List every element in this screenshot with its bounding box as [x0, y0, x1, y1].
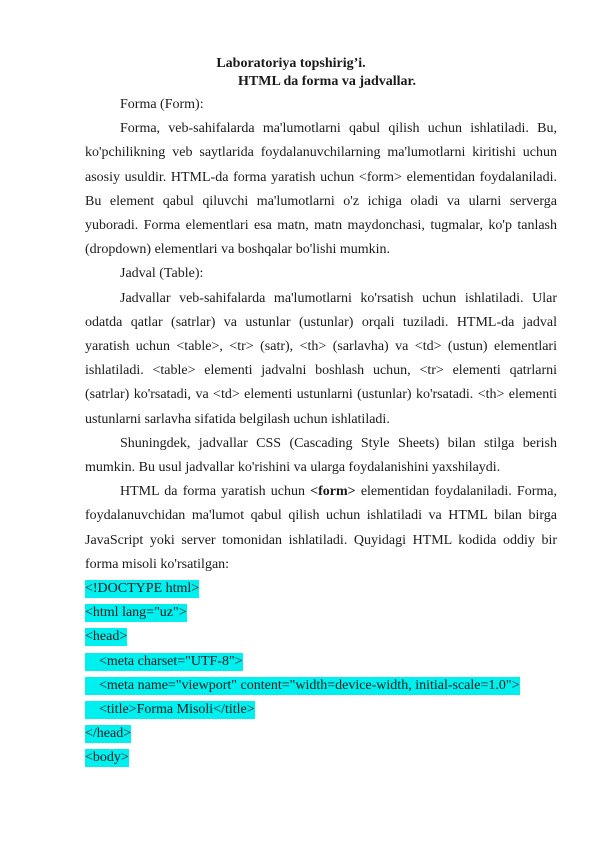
- section-heading-table: Jadval (Table):: [85, 262, 557, 286]
- code-line: <head>: [85, 625, 557, 649]
- document-title: Laboratoriya topshirig’i.: [85, 55, 557, 73]
- document-subtitle: HTML da forma va jadvallar.: [85, 73, 557, 91]
- code-line: <meta charset="UTF-8">: [85, 650, 557, 674]
- code-line: <html lang="uz">: [85, 601, 557, 625]
- code-example: <!DOCTYPE html> <html lang="uz"> <head> …: [85, 577, 557, 771]
- paragraph-form-description: Forma, veb-sahifalarda ma'lumotlarni qab…: [85, 117, 557, 262]
- document-body: Forma (Form): Forma, veb-sahifalarda ma'…: [85, 93, 557, 771]
- section-heading-form: Forma (Form):: [85, 93, 557, 117]
- code-line: </head>: [85, 722, 557, 746]
- paragraph-form-example-intro: HTML da forma yaratish uchun <form> elem…: [85, 480, 557, 577]
- form-tag-bold: <form>: [310, 484, 356, 499]
- code-line: <body>: [85, 746, 557, 770]
- paragraph-table-description: Jadvallar veb-sahifalarda ma'lumotlarni …: [85, 287, 557, 432]
- code-line: <meta name="viewport" content="width=dev…: [85, 674, 557, 698]
- form-intro-text: HTML da forma yaratish uchun: [120, 484, 310, 499]
- code-line: <title>Forma Misoli</title>: [85, 698, 557, 722]
- document-page: Laboratoriya topshirig’i. HTML da forma …: [85, 55, 557, 771]
- code-line: <!DOCTYPE html>: [85, 577, 557, 601]
- paragraph-css-note: Shuningdek, jadvallar CSS (Cascading Sty…: [85, 432, 557, 480]
